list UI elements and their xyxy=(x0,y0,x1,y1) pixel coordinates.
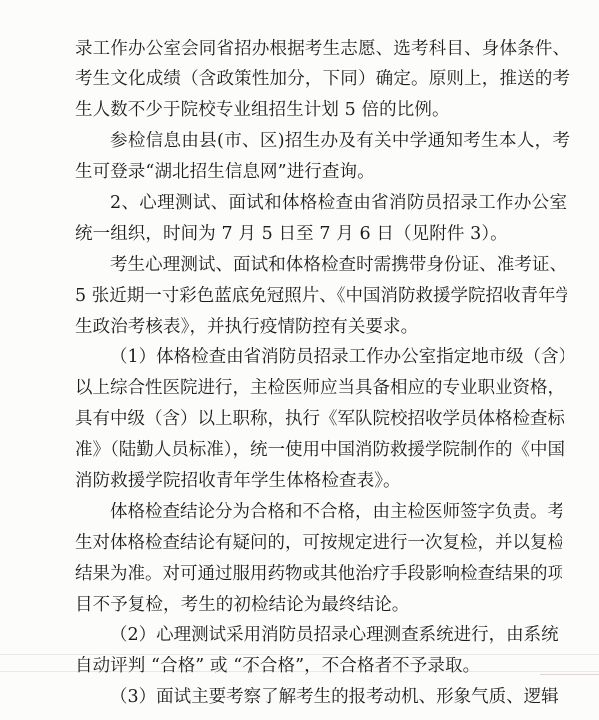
text-line: 生可登录“湖北招生信息网”进行查询。 xyxy=(75,157,570,188)
text-line: （3）面试主要考察了解考生的报考动机、形象气质、逻辑 xyxy=(75,682,558,713)
paragraph-item-2-schedule: 2、心理测试、面试和体格检查由省消防员招录工作办公室 统一组织，时间为 7 月 … xyxy=(75,188,575,250)
text-line: 生对体格检查结论有疑问的，可按规定进行一次复检，并以复检 xyxy=(75,528,562,559)
text-line: 消防救援学院招收青年学生体格检查表》。 xyxy=(75,466,570,497)
paragraph-exam-notification: 参检信息由县(市、区)招生办及有关中学通知考生本人，考 生可登录“湖北招生信息网… xyxy=(75,126,575,188)
text-line: 自动评判 “合格” 或 “不合格”，不合格者不予录取。 xyxy=(75,651,570,682)
text-line: 考生心理测试、面试和体格检查时需携带身份证、准考证、 xyxy=(75,250,567,281)
text-line: （2）心理测试采用消防员招录心理测查系统进行，由系统 xyxy=(75,620,558,651)
text-line: （1）体格检查由省消防员招录工作办公室指定地市级（含） xyxy=(75,342,564,373)
paragraph-required-documents: 考生心理测试、面试和体格检查时需携带身份证、准考证、 5 张近期一寸彩色蓝底免冠… xyxy=(75,250,575,343)
text-line: 考生文化成绩（含政策性加分，下同）确定。原则上，推送的考 xyxy=(75,64,570,95)
text-line: 参检信息由县(市、区)招生办及有关中学通知考生本人，考 xyxy=(75,126,570,157)
text-line: 具有中级（含）以上职称，执行《军队院校招收学员体格检查标 xyxy=(75,404,564,435)
scanned-document-page: 录工作办公室会同省招办根据考生志愿、选考科目、身体条件、 考生文化成绩（含政策性… xyxy=(0,0,599,720)
paragraph-interview: （3）面试主要考察了解考生的报考动机、形象气质、逻辑 xyxy=(75,682,575,713)
paragraph-psych-test: （2）心理测试采用消防员招录心理测查系统进行，由系统 自动评判 “合格” 或 “… xyxy=(75,620,575,682)
text-line: 2、心理测试、面试和体格检查由省消防员招录工作办公室 xyxy=(75,188,567,219)
text-line: 以上综合性医院进行，主检医师应当具备相应的专业职业资格， xyxy=(75,373,564,404)
paragraph-physical-exam: （1）体格检查由省消防员招录工作办公室指定地市级（含） 以上综合性医院进行，主检… xyxy=(75,342,575,496)
paragraph-admission-basis: 录工作办公室会同省招办根据考生志愿、选考科目、身体条件、 考生文化成绩（含政策性… xyxy=(75,34,575,127)
paragraph-exam-conclusion: 体格检查结论分为合格和不合格，由主检医师签字负责。考 生对体格检查结论有疑问的，… xyxy=(75,497,575,621)
text-line: 生政治考核表》，并执行疫情防控有关要求。 xyxy=(75,312,570,343)
text-line: 生人数不少于院校专业组招生计划 5 倍的比例。 xyxy=(75,95,570,126)
text-line: 5 张近期一寸彩色蓝底免冠照片、《中国消防救援学院招收青年学 xyxy=(75,281,567,312)
text-line: 录工作办公室会同省招办根据考生志愿、选考科目、身体条件、 xyxy=(75,34,570,65)
text-line: 体格检查结论分为合格和不合格，由主检医师签字负责。考 xyxy=(75,497,562,528)
text-line: 准》（陆勤人员标准），统一使用中国消防救援学院制作的《中国 xyxy=(75,435,564,466)
text-line: 统一组织，时间为 7 月 5 日至 7 月 6 日（见附件 3）。 xyxy=(75,219,570,250)
text-line: 结果为准。对可通过服用药物或其他治疗手段影响检查结果的项 xyxy=(75,559,562,590)
text-line: 目不予复检，考生的初检结论为最终结论。 xyxy=(75,590,570,621)
document-body: 录工作办公室会同省招办根据考生志愿、选考科目、身体条件、 考生文化成绩（含政策性… xyxy=(75,34,575,714)
